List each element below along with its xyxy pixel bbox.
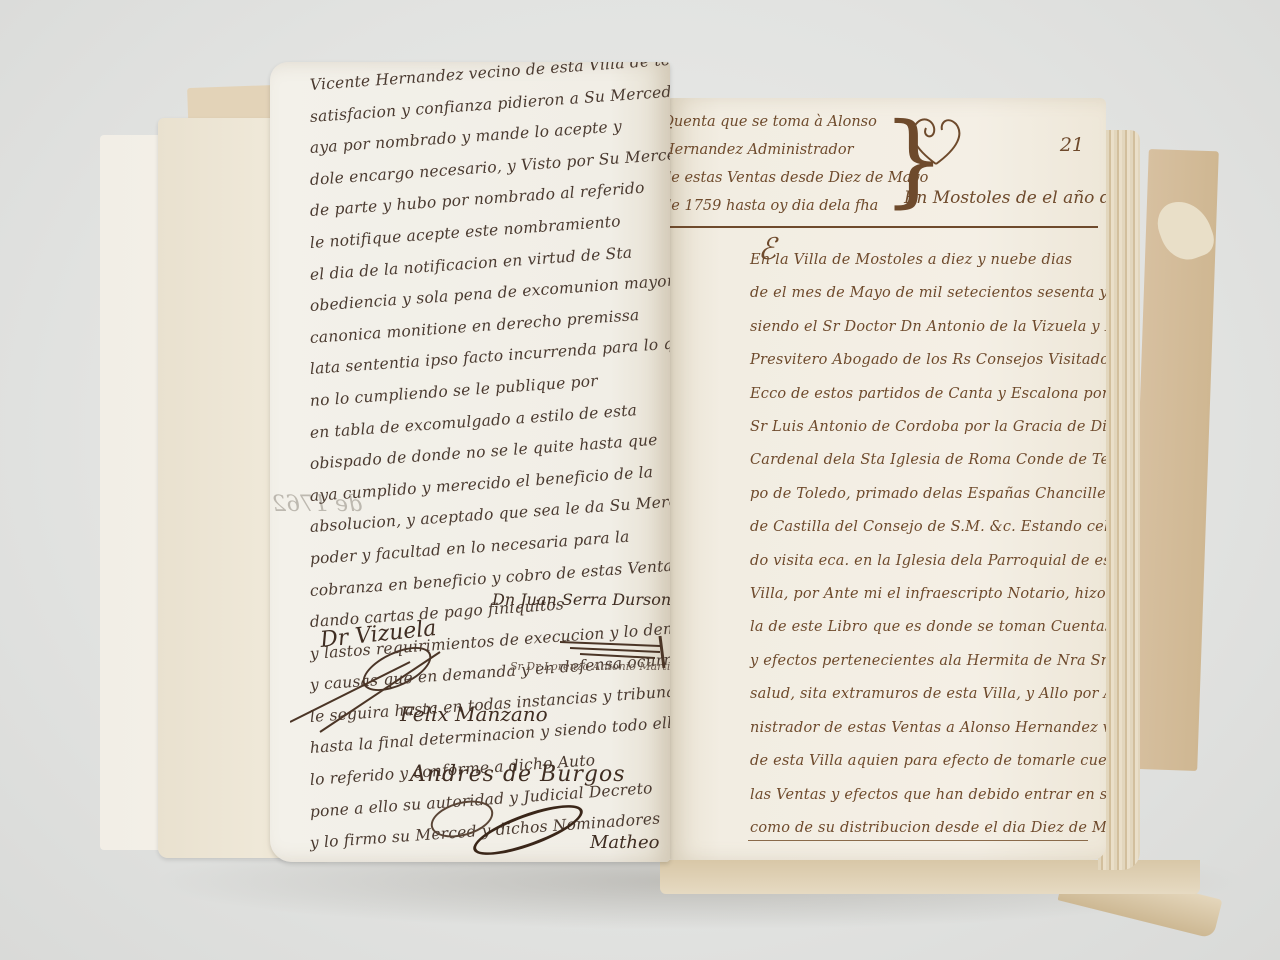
header-box: Quenta que se toma à Alonso Hernandez Ad… bbox=[668, 104, 1098, 228]
right-page-body: En la Villa de Mostoles a diez y nuebe d… bbox=[750, 244, 1106, 845]
text-line: do visita eca. en la Iglesia dela Parroq… bbox=[750, 545, 1106, 578]
text-line: po de Toledo, primado delas Españas Chan… bbox=[750, 478, 1106, 511]
folio-number: 21 bbox=[1060, 134, 1084, 156]
text-line: de el mes de Mayo de mil setecientos ses… bbox=[750, 277, 1106, 310]
text-line: Presvitero Abogado de los Rs Consejos Vi… bbox=[750, 344, 1106, 377]
text-line: En la Villa de Mostoles a diez y nuebe d… bbox=[750, 244, 1106, 277]
text-line: de esta Villa aquien para efecto de toma… bbox=[750, 745, 1106, 778]
right-page: Quenta que se toma à Alonso Hernandez Ad… bbox=[668, 98, 1106, 860]
text-line: nistrador de estas Ventas a Alonso Herna… bbox=[750, 712, 1106, 745]
text-line: Cardenal dela Sta Iglesia de Roma Conde … bbox=[750, 444, 1106, 477]
text-line: las Ventas y efectos que han debido entr… bbox=[750, 779, 1106, 812]
text-line: de Castilla del Consejo de S.M. &c. Esta… bbox=[750, 511, 1106, 544]
text-line: y efectos pertenecientes ala Hermita de … bbox=[750, 645, 1106, 678]
rubrica-stroke bbox=[290, 622, 450, 742]
text-line: Villa, por Ante mi el infraescripto Nota… bbox=[750, 578, 1106, 611]
signature-juan-serra: Dn Juan Serra Durson bbox=[492, 590, 670, 609]
text-line: salud, sita extramuros de esta Villa, y … bbox=[750, 678, 1106, 711]
text-line: siendo el Sr Doctor Dn Antonio de la Viz… bbox=[750, 311, 1106, 344]
header-place-date: En Mostoles de el año de 1762 bbox=[904, 188, 1106, 208]
text-line: Ecco de estos partidos de Canta y Escalo… bbox=[750, 378, 1106, 411]
left-page: de 1762 Vicente Hernandez vecino de esta… bbox=[270, 62, 670, 862]
signature-andres-de-burgos: Andres de Burgos bbox=[410, 762, 626, 787]
rubrica-stroke bbox=[560, 632, 670, 672]
signature-matheo: Matheo bbox=[590, 832, 659, 853]
text-line: Sr Luis Antonio de Cordoba por la Gracia… bbox=[750, 411, 1106, 444]
bottom-rule-line bbox=[748, 840, 1088, 841]
heart-flourish-icon bbox=[906, 112, 966, 168]
text-line: la de este Libro que es donde se toman C… bbox=[750, 611, 1106, 644]
